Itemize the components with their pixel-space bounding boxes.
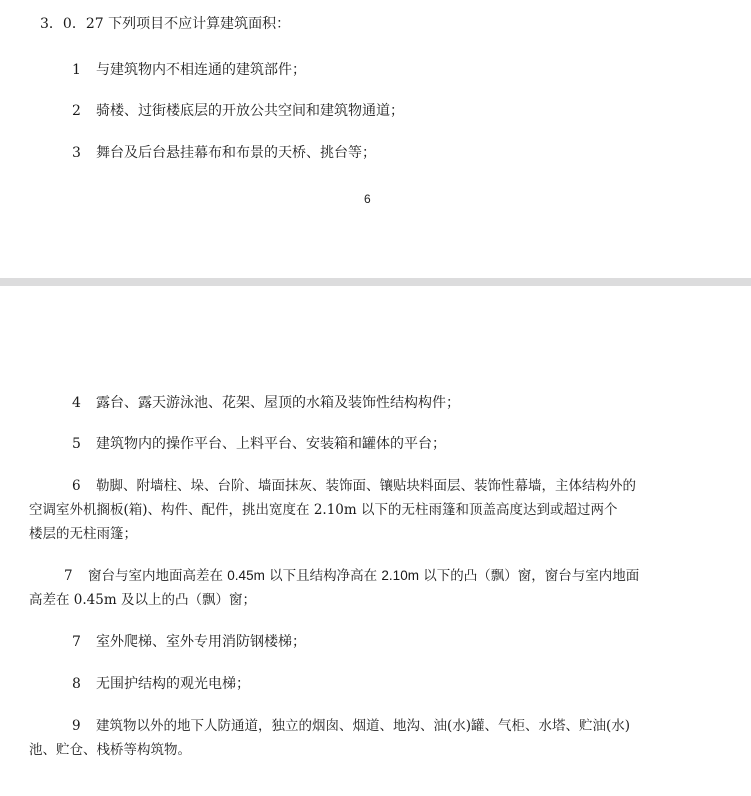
list-item: 5建筑物内的操作平台、上料平台、安装箱和罐体的平台； [72, 436, 446, 452]
item-text: 建筑物内的操作平台、上料平台、安装箱和罐体的平台； [96, 436, 446, 452]
item-number: 4 [72, 395, 96, 411]
item-text-continued: 空调室外机搁板(箱)、构件、配件，挑出宽度在 2.10m 以下的无柱雨篷和顶盖高… [29, 502, 617, 518]
item-number: 5 [72, 436, 96, 452]
item-text: 建筑物以外的地下人防通道，独立的烟囱、烟道、地沟、油(水)罐、气柜、水塔、贮油(… [96, 718, 630, 734]
list-item: 2骑楼、过街楼底层的开放公共空间和建筑物通道； [72, 103, 404, 119]
page-separator [0, 278, 751, 286]
item-text: 以下且结构净高在 [265, 568, 382, 584]
list-item: 4露台、露天游泳池、花架、屋顶的水箱及装饰性结构构件； [72, 395, 460, 411]
item-number: 7 [72, 634, 96, 650]
item-text: 舞台及后台悬挂幕布和布景的天桥、挑台等； [96, 145, 376, 161]
item-text-continued: 楼层的无柱雨篷； [29, 526, 137, 542]
item-text-continued: 高差在 0.45m 及以上的凸（飘）窗； [29, 592, 256, 608]
item-number: 2 [72, 103, 96, 119]
item-number: 1 [72, 62, 96, 78]
list-item: 1与建筑物内不相连通的建筑部件； [72, 62, 306, 78]
list-item: 8无围护结构的观光电梯； [72, 676, 250, 692]
item-text: 室外爬梯、室外专用消防钢楼梯； [96, 634, 306, 650]
item-value: 2.10m [381, 568, 419, 583]
item-text: 与建筑物内不相连通的建筑部件； [96, 62, 306, 78]
item-number: 9 [72, 718, 96, 734]
item-text: 窗台与室内地面高差在 [88, 568, 227, 584]
item-value: 0.45m [227, 568, 265, 583]
item-number: 3 [72, 145, 96, 161]
item-number: 6 [72, 478, 96, 494]
item-text: 勒脚、附墙柱、垛、台阶、墙面抹灰、装饰面、镶贴块料面层、装饰性幕墙，主体结构外的 [96, 478, 636, 494]
item-number: 8 [72, 676, 96, 692]
item-number: 7 [64, 568, 88, 584]
item-text: 露台、露天游泳池、花架、屋顶的水箱及装饰性结构构件； [96, 395, 460, 411]
list-item: 7室外爬梯、室外专用消防钢楼梯； [72, 634, 306, 650]
item-text: 以下的凸（飘）窗，窗台与室内地面 [419, 568, 639, 584]
item-text-continued: 池、贮仓、栈桥等构筑物。 [29, 742, 191, 758]
list-item: 3舞台及后台悬挂幕布和布景的天桥、挑台等； [72, 145, 376, 161]
item-text: 无围护结构的观光电梯； [96, 676, 250, 692]
page-number: 6 [364, 192, 371, 206]
item-text: 骑楼、过街楼底层的开放公共空间和建筑物通道； [96, 103, 404, 119]
section-heading: 3．0．27 下列项目不应计算建筑面积： [40, 16, 290, 32]
